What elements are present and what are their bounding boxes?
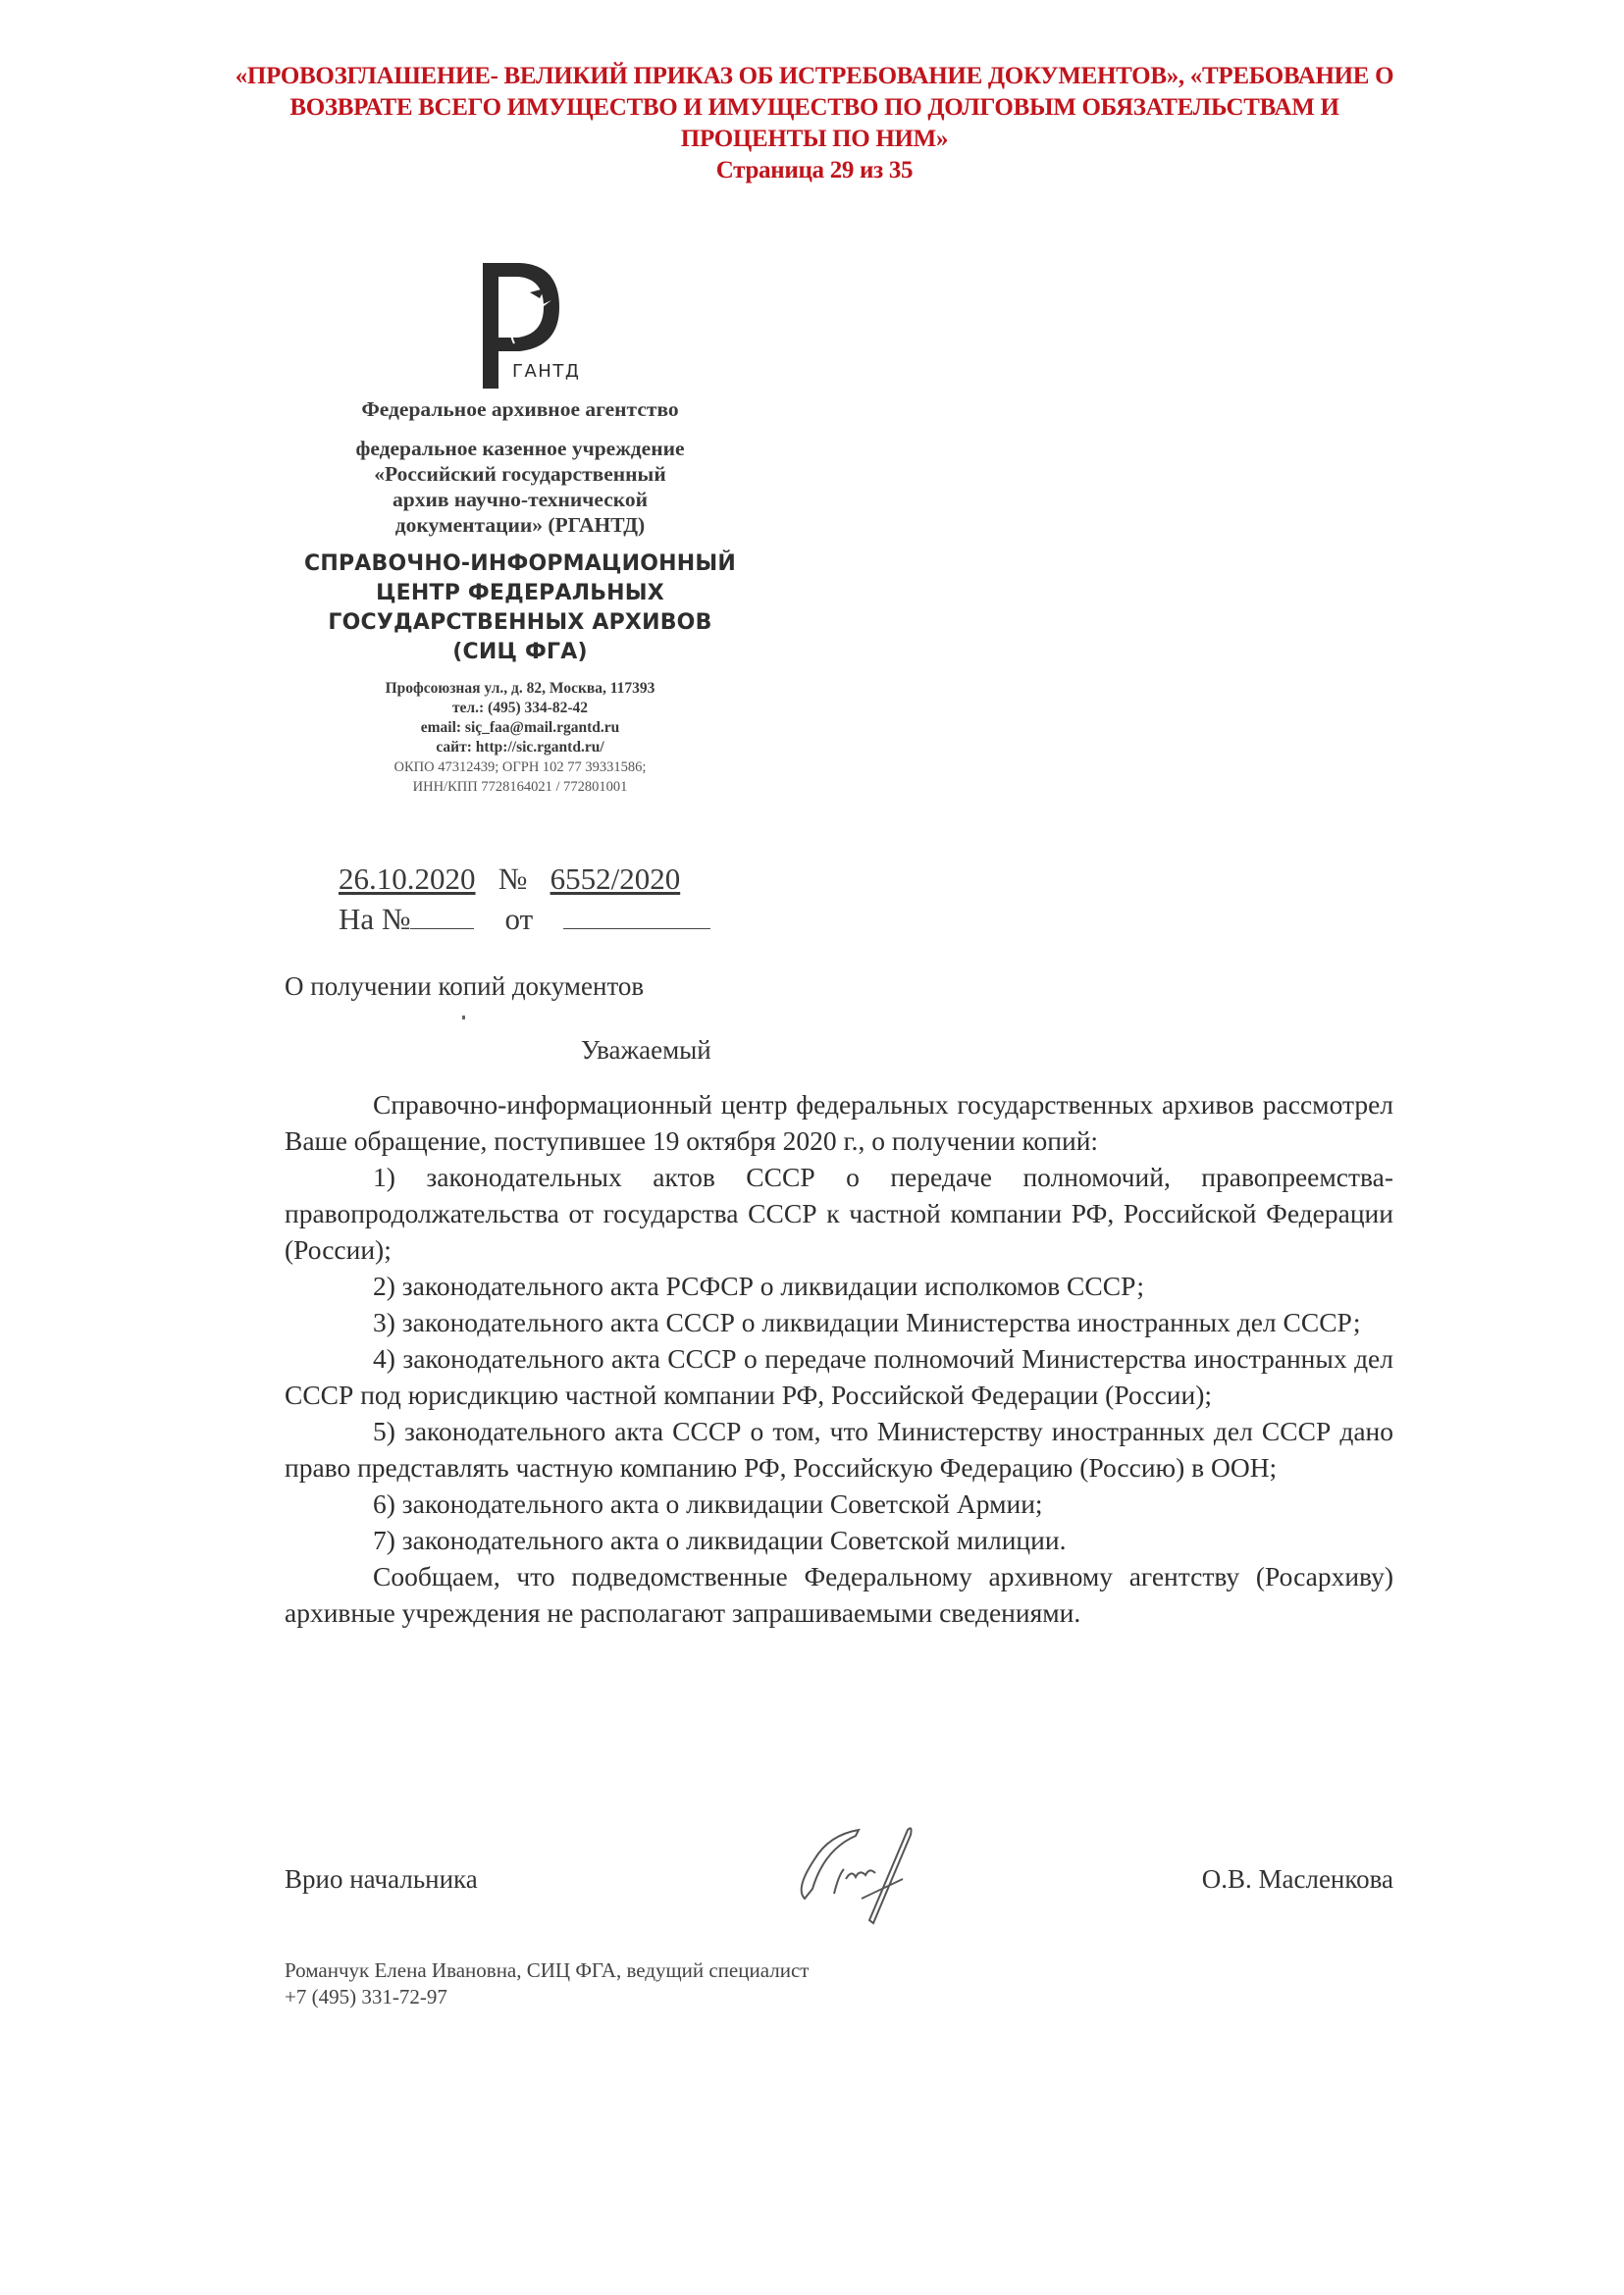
body-paragraph: Сообщаем, что подведомственные Федеральн… bbox=[285, 1558, 1393, 1631]
executor-phone: +7 (495) 331-72-97 bbox=[285, 1984, 809, 2010]
email: email: siç_faa@mail.rgantd.ru bbox=[285, 718, 756, 738]
institution-line: архив научно-технической bbox=[285, 487, 756, 512]
letterhead: ГАНТД Федеральное архивное агентство фед… bbox=[285, 253, 756, 797]
header-line: ПРОЦЕНТЫ ПО НИМ» bbox=[147, 124, 1482, 155]
letter-subject: О получении копий документов bbox=[285, 971, 644, 1002]
list-item: 7) законодательного акта о ликвидации Со… bbox=[285, 1522, 1393, 1558]
contact-block: Профсоюзная ул., д. 82, Москва, 117393 т… bbox=[285, 679, 756, 797]
scan-mark bbox=[462, 1016, 465, 1019]
list-item: 5) законодательного акта СССР о том, что… bbox=[285, 1413, 1393, 1486]
center-line: (СИЦ ФГА) bbox=[285, 638, 756, 667]
list-item: 1) законодательных актов СССР о передаче… bbox=[285, 1159, 1393, 1268]
salutation: Уважаемый bbox=[581, 1035, 711, 1066]
letter-date: 26.10.2020 bbox=[339, 861, 476, 896]
list-item: 4) законодательного акта СССР о передаче… bbox=[285, 1340, 1393, 1413]
tax-codes: ИНН/КПП 7728164021 / 772801001 bbox=[285, 777, 756, 797]
website: сайт: http://sic.rgantd.ru/ bbox=[285, 738, 756, 757]
registry-codes: ОКПО 47312439; ОГРН 102 77 39331586; bbox=[285, 757, 756, 777]
registration-block: 26.10.2020 № 6552/2020 На № от bbox=[339, 860, 710, 939]
center-line: ЦЕНТР ФЕДЕРАЛЬНЫХ bbox=[285, 579, 756, 608]
reply-date-blank bbox=[563, 899, 710, 929]
from-label: от bbox=[504, 902, 533, 936]
reply-number-blank bbox=[410, 899, 474, 929]
list-item: 6) законодательного акта о ликвидации Со… bbox=[285, 1486, 1393, 1522]
institution-line: федеральное казенное учреждение bbox=[285, 436, 756, 461]
handwritten-signature-icon bbox=[785, 1791, 942, 1935]
header-line: ВОЗВРАТЕ ВСЕГО ИМУЩЕСТВО И ИМУЩЕСТВО ПО … bbox=[147, 92, 1482, 124]
document-header: «ПРОВОЗГЛАШЕНИЕ- ВЕЛИКИЙ ПРИКАЗ ОБ ИСТРЕ… bbox=[147, 61, 1482, 186]
center-line: ГОСУДАРСТВЕННЫХ АРХИВОВ bbox=[285, 608, 756, 638]
page-indicator: Страница 29 из 35 bbox=[147, 155, 1482, 186]
list-item: 2) законодательного акта РСФСР о ликвида… bbox=[285, 1268, 1393, 1304]
signer-name: О.В. Масленкова bbox=[1202, 1864, 1393, 1895]
body-paragraph: Справочно-информационный центр федеральн… bbox=[285, 1086, 1393, 1159]
institution-line: «Российский государственный bbox=[285, 461, 756, 487]
executor-block: Романчук Елена Ивановна, СИЦ ФГА, ведущи… bbox=[285, 1957, 809, 2010]
reply-to-label: На № bbox=[339, 902, 410, 936]
letter-number: 6552/2020 bbox=[550, 861, 681, 896]
rgantd-logo-icon: ГАНТД bbox=[461, 253, 599, 391]
list-item: 3) законодательного акта СССР о ликвидац… bbox=[285, 1304, 1393, 1340]
address: Профсоюзная ул., д. 82, Москва, 117393 bbox=[285, 679, 756, 699]
phone: тел.: (495) 334-82-42 bbox=[285, 699, 756, 718]
institution-line: документации» (РГАНТД) bbox=[285, 512, 756, 538]
header-line: «ПРОВОЗГЛАШЕНИЕ- ВЕЛИКИЙ ПРИКАЗ ОБ ИСТРЕ… bbox=[147, 61, 1482, 92]
center-line: СПРАВОЧНО-ИНФОРМАЦИОННЫЙ bbox=[285, 549, 756, 579]
signer-position: Врио начальника bbox=[285, 1864, 478, 1895]
number-sign: № bbox=[498, 861, 528, 896]
institution-name: федеральное казенное учреждение «Российс… bbox=[285, 436, 756, 538]
logo-text: ГАНТД bbox=[512, 361, 580, 382]
agency-name: Федеральное архивное агентство bbox=[285, 396, 756, 422]
letter-body: Справочно-информационный центр федеральн… bbox=[285, 1086, 1393, 1631]
executor-name: Романчук Елена Ивановна, СИЦ ФГА, ведущи… bbox=[285, 1957, 809, 1984]
center-name: СПРАВОЧНО-ИНФОРМАЦИОННЫЙ ЦЕНТР ФЕДЕРАЛЬН… bbox=[285, 549, 756, 667]
